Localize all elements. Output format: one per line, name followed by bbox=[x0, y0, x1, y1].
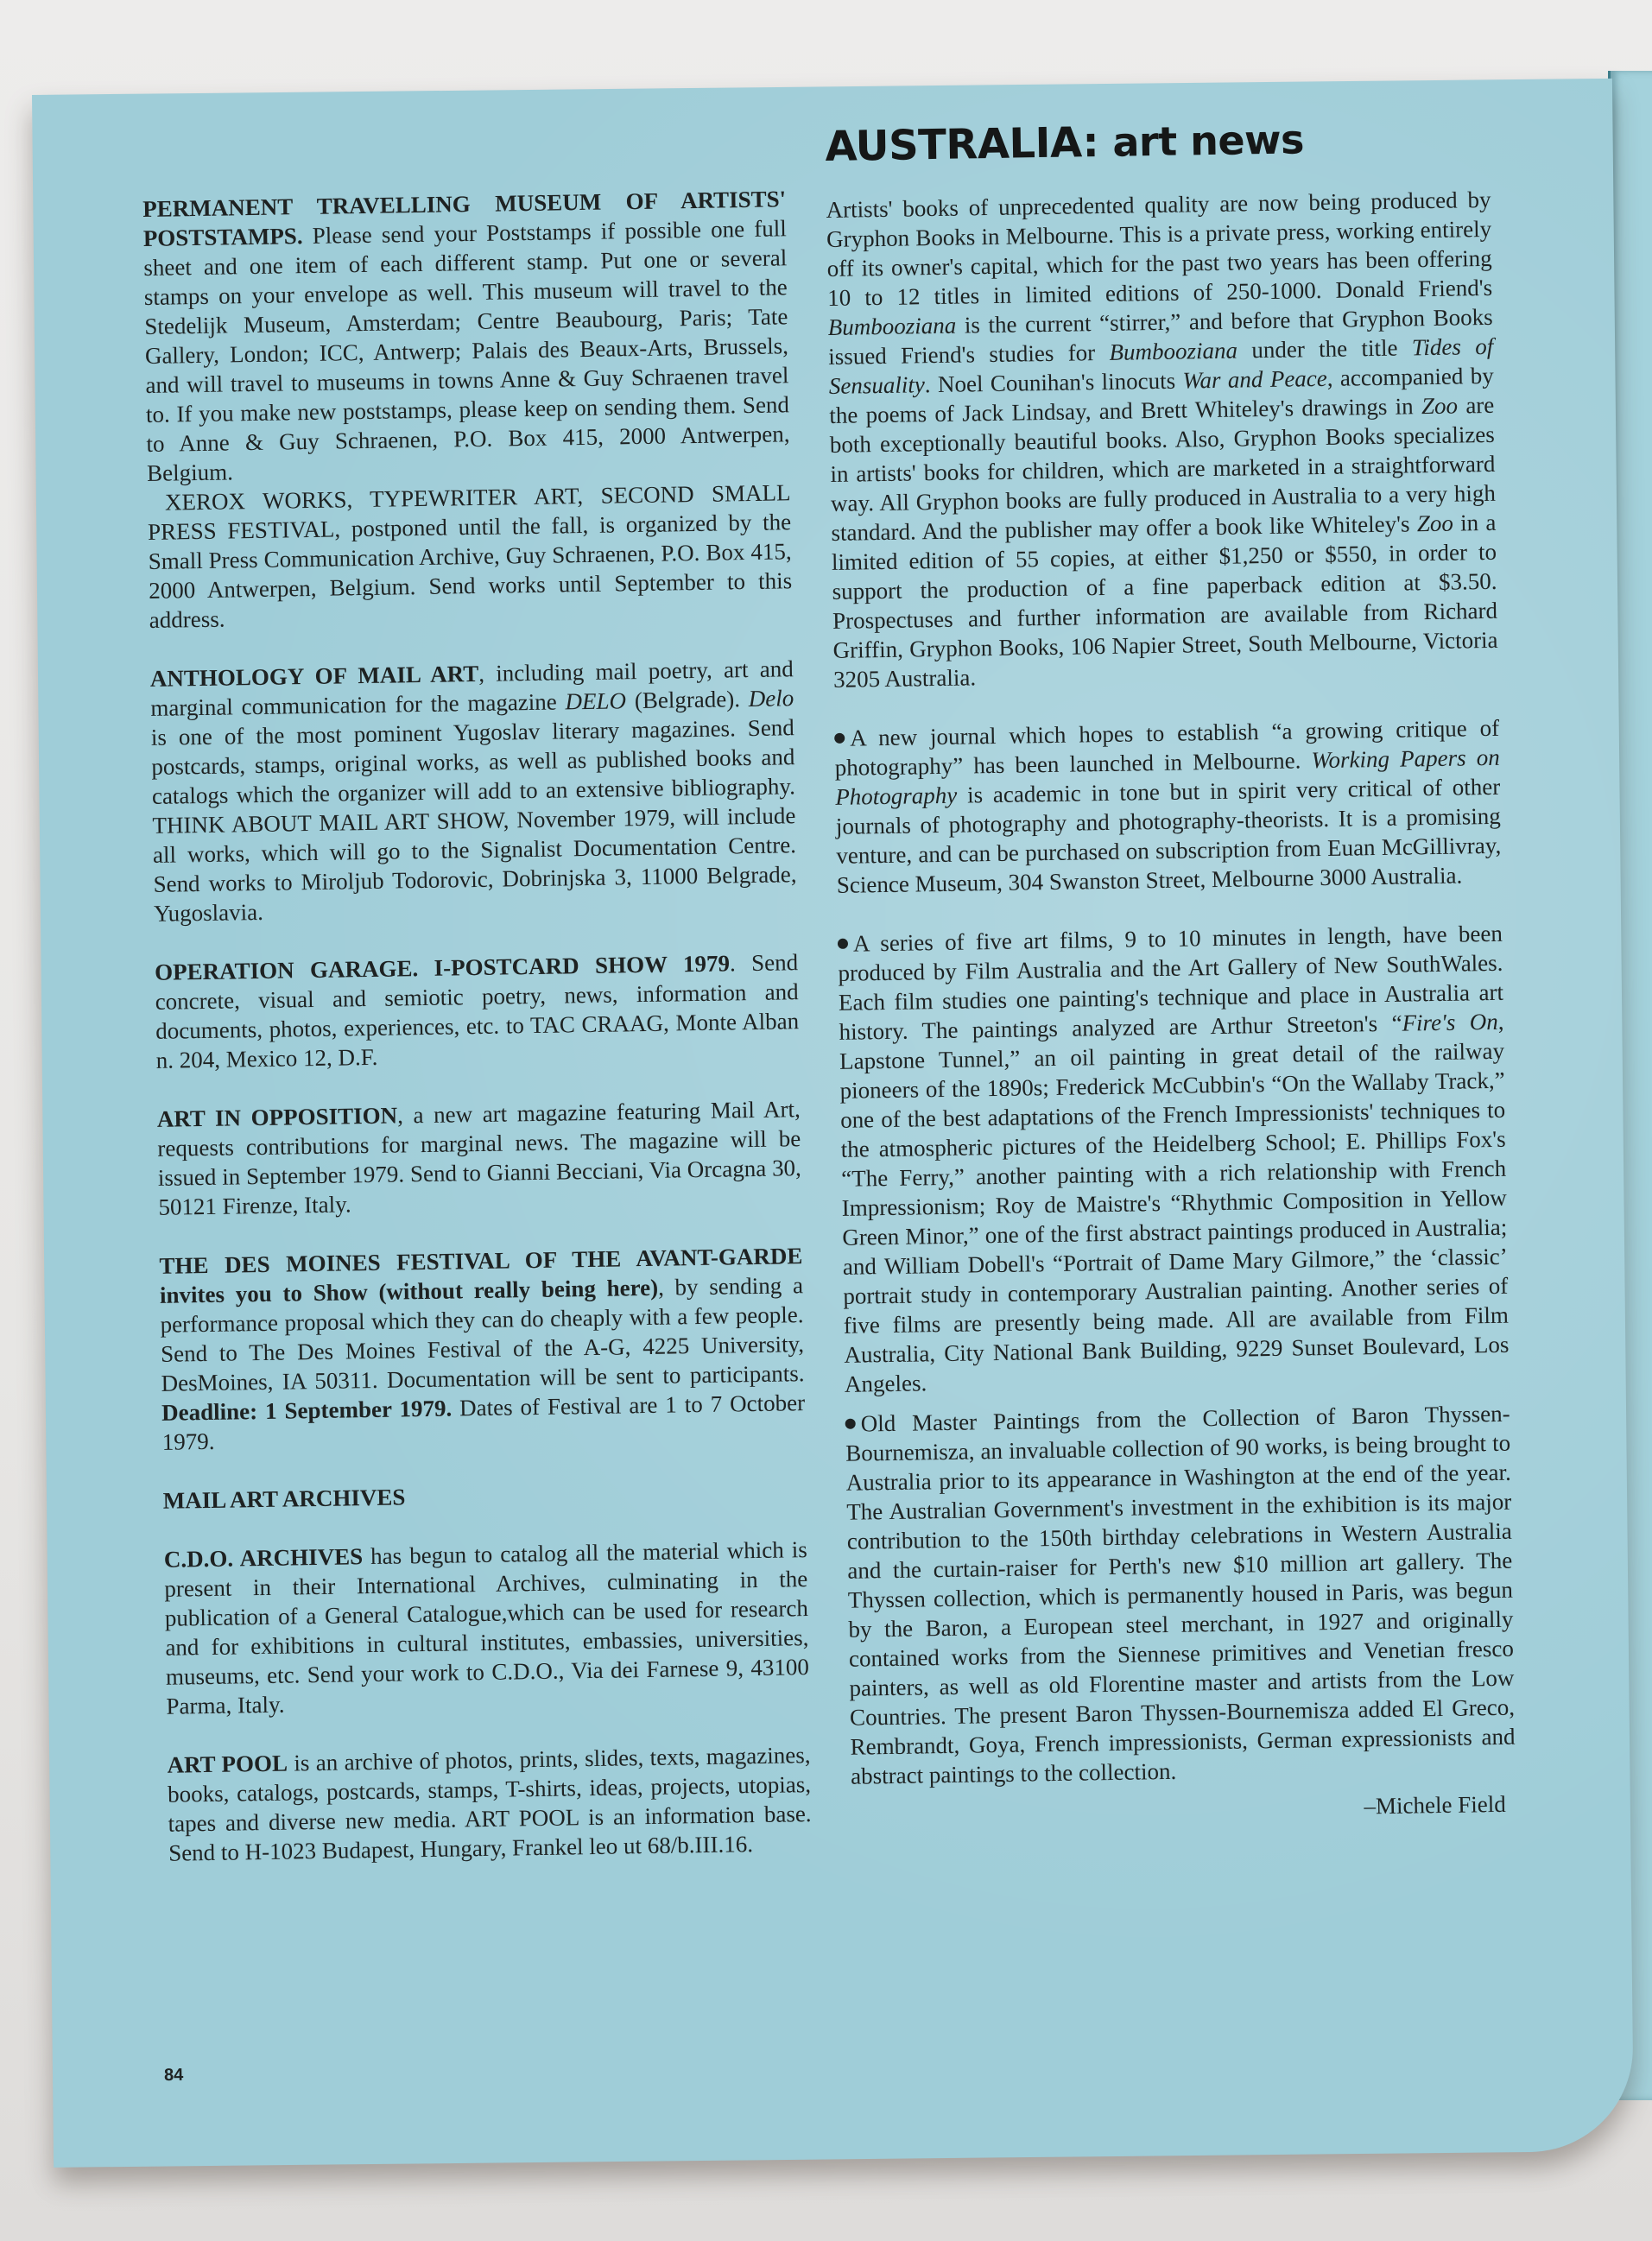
article-thyssen-collection: Old Master Paintings from the Collection… bbox=[845, 1399, 1516, 1791]
photo-scene: PERMANENT TRAVELLING MUSEUM OF ARTISTS' … bbox=[0, 0, 1652, 2241]
notice-body: (Belgrade). bbox=[626, 686, 749, 713]
notice-body: Please send your Poststamps if possible … bbox=[143, 215, 790, 486]
book-title: Zoo bbox=[1421, 393, 1458, 420]
article-gryphon-books: Artists' books of unprecedented quality … bbox=[826, 185, 1498, 694]
article-photography-journal: A new journal which hopes to establish “… bbox=[834, 713, 1502, 900]
book-title: Bumbooziana bbox=[828, 313, 957, 340]
notice-heading: ART POOL bbox=[167, 1750, 288, 1778]
notice-heading: OPERATION GARAGE. I-POSTCARD SHOW 1979 bbox=[155, 950, 730, 984]
painting-title: Fire's On bbox=[1402, 1009, 1498, 1036]
notice-art-pool: ART POOL is an archive of photos, prints… bbox=[167, 1740, 812, 1868]
bullet-icon bbox=[838, 938, 848, 948]
book-title: Zoo bbox=[1417, 510, 1453, 537]
section-heading-mail-art-archives: MAIL ART ARCHIVES bbox=[162, 1476, 806, 1516]
book-title: War and Peace bbox=[1182, 365, 1327, 394]
article-text: , Lapstone Tunnel,” an oil painting in g… bbox=[839, 1009, 1510, 1397]
article-art-films: A series of five art films, 9 to 10 minu… bbox=[838, 919, 1510, 1399]
left-column: PERMANENT TRAVELLING MUSEUM OF ARTISTS' … bbox=[142, 184, 812, 1867]
magazine-title: DELO bbox=[565, 687, 626, 714]
notice-poststamps-museum: PERMANENT TRAVELLING MUSEUM OF ARTISTS' … bbox=[142, 184, 793, 635]
notice-art-in-opposition: ART IN OPPOSITION, a new art magazine fe… bbox=[157, 1094, 802, 1222]
notice-des-moines-festival: THE DES MOINES FESTIVAL OF THE AVANT-GAR… bbox=[159, 1241, 806, 1457]
bullet-icon bbox=[845, 1418, 856, 1428]
article-text: under the title bbox=[1237, 334, 1412, 363]
book-title: Bumbooziana bbox=[1109, 338, 1237, 365]
headline-separator: : bbox=[1082, 118, 1113, 168]
article-text: Old Master Paintings from the Collection… bbox=[845, 1401, 1516, 1789]
article-text: Artists' books of unprecedented quality … bbox=[826, 187, 1492, 311]
headline-subject: art news bbox=[1112, 116, 1304, 165]
page-number: 84 bbox=[164, 2066, 184, 2086]
magazine-title: Delo bbox=[749, 685, 794, 712]
headline: AUSTRALIA: art news bbox=[825, 111, 1491, 173]
headline-country: AUSTRALIA bbox=[825, 118, 1083, 171]
notice-body: is one of the most pominent Yugoslav lit… bbox=[151, 714, 797, 927]
notice-cdo-archives: C.D.O. ARCHIVES has begun to catalog all… bbox=[164, 1535, 810, 1721]
article-text: . Noel Counihan's linocuts bbox=[925, 368, 1183, 398]
notice-heading: C.D.O. ARCHIVES bbox=[164, 1543, 364, 1573]
right-column: AUSTRALIA: art news Artists' books of un… bbox=[825, 111, 1516, 1829]
bullet-icon bbox=[834, 733, 845, 744]
notice-anthology-mail-art: ANTHOLOGY OF MAIL ART, including mail po… bbox=[150, 654, 798, 928]
notice-heading: ANTHOLOGY OF MAIL ART bbox=[150, 661, 479, 692]
deadline: Deadline: 1 September 1979. bbox=[161, 1396, 452, 1426]
notice-heading: ART IN OPPOSITION bbox=[157, 1102, 398, 1131]
notice-operation-garage: OPERATION GARAGE. I-POSTCARD SHOW 1979. … bbox=[155, 947, 800, 1075]
